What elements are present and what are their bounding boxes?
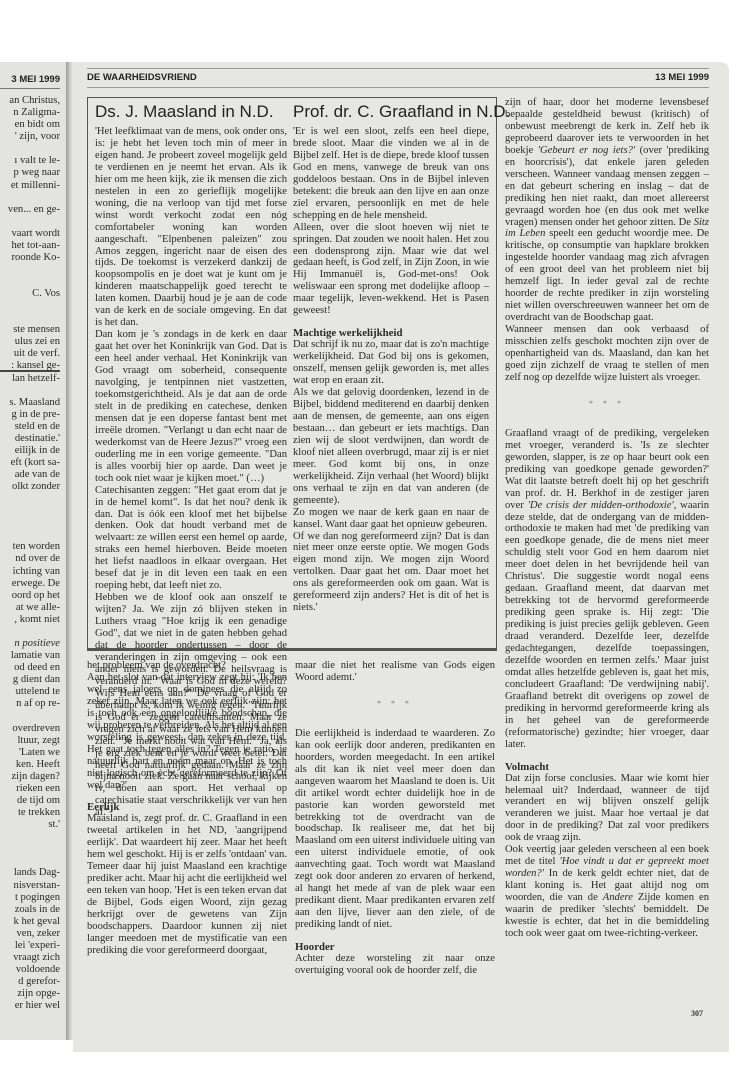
text-line: ulus zei en	[0, 336, 60, 348]
text-line: destinatie.'	[0, 433, 60, 445]
text-line: uttelend te	[0, 686, 60, 698]
paragraph: Aan het slot van dat interview zegt hij:…	[87, 672, 287, 792]
text-line: at we alle-	[0, 602, 60, 614]
text-line: 'Laten we	[0, 747, 60, 759]
text-line: de tijd om	[0, 795, 60, 807]
text-line: ven... en ge-	[0, 204, 60, 216]
text-line: er hier wel	[0, 1000, 60, 1012]
subheading-hoorder: Hoorder	[295, 941, 495, 953]
maasland-title: Ds. J. Maasland in N.D.	[95, 102, 287, 122]
article-column-1: het probleem van de overdracht? Aan het …	[87, 660, 287, 957]
article-column-2: maar die niet het realisme van Gods eige…	[295, 660, 495, 977]
paragraph: Wanneer mensen dan ook verbaasd of missc…	[505, 324, 709, 384]
paragraph: zijn of haar, door het moderne levensbes…	[505, 97, 709, 324]
text-line: et millenni-	[0, 180, 60, 192]
text-line: t pogingen	[0, 892, 60, 904]
text-line: zoals in de	[0, 904, 60, 916]
text-line: ltuur, zegt	[0, 735, 60, 747]
text-line: od deed en	[0, 662, 60, 674]
paragraph: Als we dat gelovig doordenken, lezend in…	[293, 387, 489, 507]
left-partial-page: 3 MEI 1999 an Christus, n Zaligma- en bi…	[0, 62, 66, 1040]
text-line: d gerefor-	[0, 976, 60, 988]
text-line: n Zaligma-	[0, 107, 60, 119]
text-line: lands Dag-	[0, 867, 60, 879]
paragraph: Alleen, over die sloot hoeven wij niet t…	[293, 222, 489, 318]
text-line: te trekken	[0, 807, 60, 819]
left-page-column: an Christus, n Zaligma- en bidt om ' zij…	[0, 95, 60, 1013]
text-line: en bidt om	[0, 119, 60, 131]
paragraph: Dat zijn forse conclusies. Maar wie komt…	[505, 773, 709, 845]
text-line: ichting van	[0, 566, 60, 578]
text-line: vaart wordt	[0, 228, 60, 240]
text-line: lan hetzelf-	[0, 373, 60, 385]
issue-date: 13 MEI 1999	[655, 69, 709, 87]
text-line: lamatie van	[0, 650, 60, 662]
text-line: st.'	[0, 819, 60, 831]
text-line: eilijk in de	[0, 445, 60, 457]
text-line: zijn opge-	[0, 988, 60, 1000]
paragraph: Zo mogen we naar de kerk gaan en naar de…	[293, 507, 489, 531]
text-line: erwege. De	[0, 578, 60, 590]
subheading-eerlijk: Eerlijk	[87, 801, 287, 813]
text-line: vraagt zich	[0, 952, 60, 964]
text-line: nisverstan-	[0, 880, 60, 892]
text-line: an Christus,	[0, 95, 60, 107]
text-line: , komt niet	[0, 614, 60, 626]
text-line: ken. Heeft	[0, 759, 60, 771]
graafland-quote-column: Prof. dr. C. Graafland in N.D. 'Er is we…	[293, 102, 489, 614]
text-line: ' zijn, voor	[0, 131, 60, 143]
text-line: n positieve	[0, 638, 60, 650]
page-spine	[66, 62, 73, 1040]
paragraph: Maasland is, zegt prof. dr. C. Graafland…	[87, 813, 287, 956]
text-line: het tot-aan-	[0, 240, 60, 252]
section-separator: * * *	[295, 698, 495, 710]
graafland-title: Prof. dr. C. Graafland in N.D.	[293, 102, 489, 122]
masthead: DE WAARHEIDSVRIEND 13 MEI 1999	[87, 68, 709, 88]
paragraph: Die eerlijkheid is inderdaad te waardere…	[295, 728, 495, 931]
paragraph: 'Het leefklimaat van de mens, ook onder …	[95, 126, 287, 329]
author-signature: C. Vos	[0, 288, 60, 300]
text-line: eft (kort sa-	[0, 457, 60, 469]
text-line: g dient dan	[0, 674, 60, 686]
paragraph: maar die niet het realisme van Gods eige…	[295, 660, 495, 684]
paragraph: Graafland vraagt of de prediking, vergel…	[505, 428, 709, 751]
paragraph: Of we dan nog gereformeerd zijn? Dat is …	[293, 531, 489, 615]
text-line: oord op het	[0, 590, 60, 602]
text-line: lei 'experi-	[0, 940, 60, 952]
text-line: n af op re-	[0, 698, 60, 710]
text-line: ven, zeker	[0, 928, 60, 940]
text-line: nd over de	[0, 553, 60, 565]
text-line: ste mensen	[0, 324, 60, 336]
book-title: 'De crisis der midden-orthodoxie'	[528, 500, 674, 511]
article-column-3: zijn of haar, door het moderne levensbes…	[505, 97, 709, 940]
text-line: s. Maasland	[0, 397, 60, 409]
paragraph: het probleem van de overdracht?	[87, 660, 287, 672]
subheading-volmacht: Volmacht	[505, 761, 709, 773]
paragraph: Ook veertig jaar geleden verscheen al ee…	[505, 844, 709, 940]
text-line: overdreven	[0, 723, 60, 735]
text-line: zijn dagen?	[0, 771, 60, 783]
text-line: roonde Ko-	[0, 252, 60, 264]
text-line: ten worden	[0, 541, 60, 553]
italic-word: Andere	[603, 892, 633, 903]
text-line: olkt zonder	[0, 481, 60, 493]
paragraph: Dat schrijf ik nu zo, maar dat is zo'n m…	[293, 339, 489, 387]
paragraph: Catechisanten zeggen: "Het gaat erom dat…	[95, 485, 287, 593]
section-separator: * * *	[505, 398, 709, 410]
page-number: 307	[691, 1009, 703, 1018]
subheading-machtige-werkelijkheid: Machtige werkelijkheid	[293, 327, 489, 339]
paragraph: Dan kom je 's zondags in de kerk en daar…	[95, 329, 287, 484]
paragraph: Achter deze worsteling zit naar onze ove…	[295, 953, 495, 977]
publication-name: DE WAARHEIDSVRIEND	[87, 69, 197, 87]
text-line: rieken een	[0, 783, 60, 795]
text-line: steld en de	[0, 421, 60, 433]
text-line: uit de verf.	[0, 348, 60, 360]
text-line: voldoende	[0, 964, 60, 976]
magazine-page: DE WAARHEIDSVRIEND 13 MEI 1999 Ds. J. Ma…	[73, 62, 729, 1052]
left-page-date: 3 MEI 1999	[0, 74, 60, 89]
text-line: ı valt te le-	[0, 155, 60, 167]
text-line: k het geval	[0, 916, 60, 928]
text-line: g in de pre-	[0, 409, 60, 421]
book-title: 'Gebeurt er nog iets?'	[538, 145, 635, 156]
text-line: ade van de	[0, 469, 60, 481]
text-line: p weg naar	[0, 167, 60, 179]
section-divider	[0, 370, 60, 372]
paragraph: 'Er is wel een sloot, zelfs een heel die…	[293, 126, 489, 222]
